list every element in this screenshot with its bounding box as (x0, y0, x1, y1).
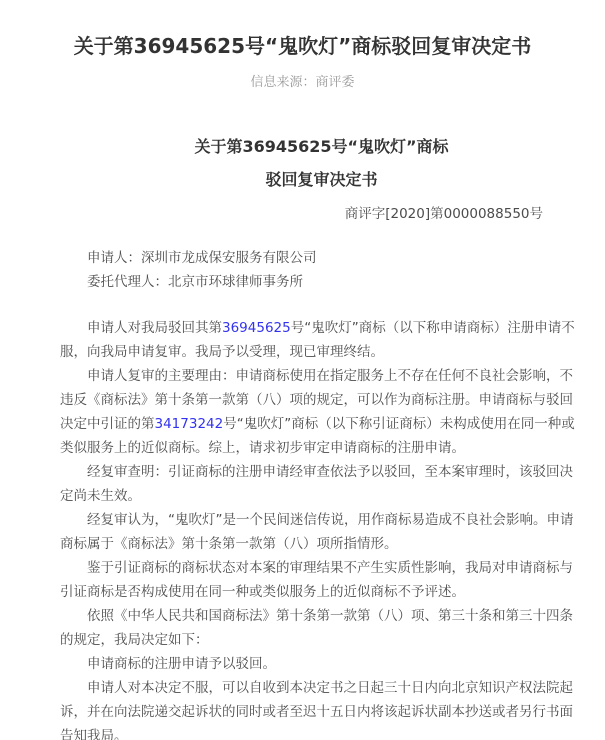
paragraph-cited-mark-status: 鉴于引证商标的商标状态对本案的审理结果不产生实质性影响，我局对申请商标与引证商标… (60, 556, 583, 604)
party-info: 申请人：深圳市龙成保安服务有限公司 委托代理人：北京市环球律师事务所 (60, 246, 583, 294)
decision-page: 关于第36945625号“鬼吹灯”商标驳回复审决定书 信息来源：商评委 关于第3… (0, 0, 605, 740)
reference-number: 商评字[2020]第0000088550号 (60, 204, 583, 224)
applicant-line: 申请人：深圳市龙成保安服务有限公司 (60, 246, 583, 270)
source-line: 信息来源：商评委 (0, 74, 605, 92)
document-heading-line2: 驳回复审决定书 (60, 163, 583, 196)
paragraph-decision: 申请商标的注册申请予以驳回。 (60, 652, 583, 676)
decision-document: 关于第36945625号“鬼吹灯”商标 驳回复审决定书 商评字[2020]第00… (60, 130, 583, 740)
page-title: 关于第36945625号“鬼吹灯”商标驳回复审决定书 (0, 0, 605, 60)
paragraph-text: 申请人对我局驳回其第 (87, 320, 222, 336)
paragraph-appeal-rights: 申请人对本决定不服，可以自收到本决定书之日起三十日内向北京知识产权法院起诉，并在… (60, 676, 583, 740)
decision-body: 申请人对我局驳回其第36945625号“鬼吹灯”商标（以下称申请商标）注册申请不… (60, 316, 583, 740)
agent-line: 委托代理人：北京市环球律师事务所 (60, 270, 583, 294)
trademark-number-link-36945625[interactable]: 36945625 (222, 320, 291, 336)
trademark-number-link-34173242[interactable]: 34173242 (155, 416, 224, 432)
document-heading: 关于第36945625号“鬼吹灯”商标 驳回复审决定书 (60, 130, 583, 196)
document-heading-line1: 关于第36945625号“鬼吹灯”商标 (60, 130, 583, 163)
paragraph-appeal-reasons: 申请人复审的主要理由：申请商标使用在指定服务上不存在任何不良社会影响，不违反《商… (60, 364, 583, 460)
paragraph-appeal-intro: 申请人对我局驳回其第36945625号“鬼吹灯”商标（以下称申请商标）注册申请不… (60, 316, 583, 364)
paragraph-legal-basis: 依照《中华人民共和国商标法》第十条第一款第（八）项、第三十条和第三十四条的规定，… (60, 604, 583, 652)
paragraph-review-findings: 经复审查明：引证商标的注册申请经审查依法予以驳回，至本案审理时，该驳回决定尚未生… (60, 460, 583, 508)
paragraph-review-opinion: 经复审认为，“鬼吹灯”是一个民间迷信传说，用作商标易造成不良社会影响。申请商标属… (60, 508, 583, 556)
